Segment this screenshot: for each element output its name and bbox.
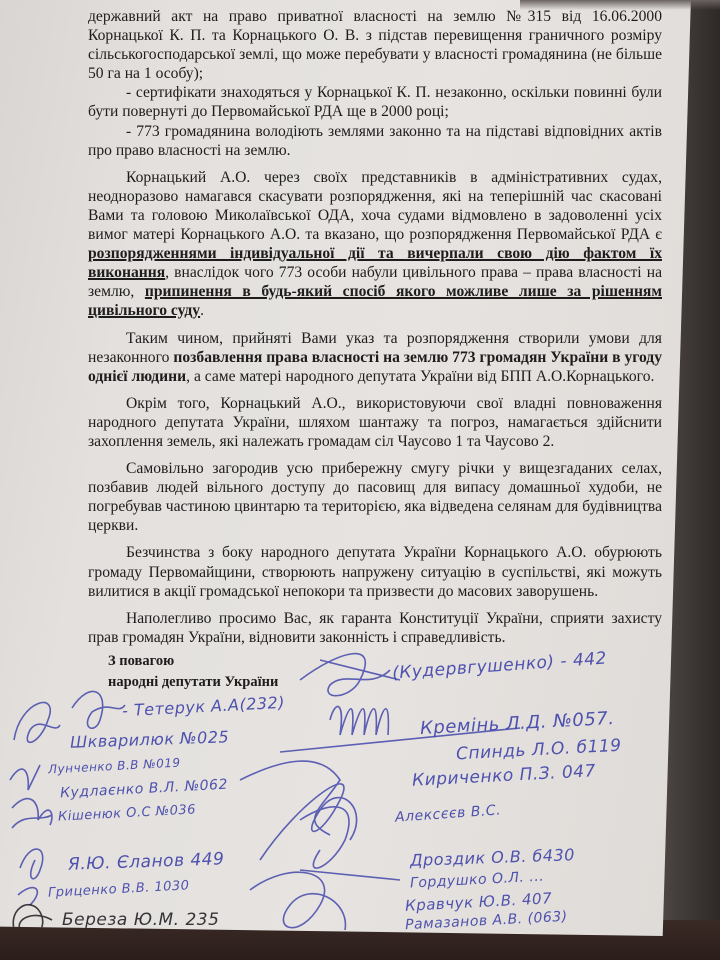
photo-shadow <box>520 0 720 10</box>
document-page: державний акт на право приватної власнос… <box>0 0 705 936</box>
handwritten-signature: Береза Ю.М. 235 <box>62 910 219 930</box>
